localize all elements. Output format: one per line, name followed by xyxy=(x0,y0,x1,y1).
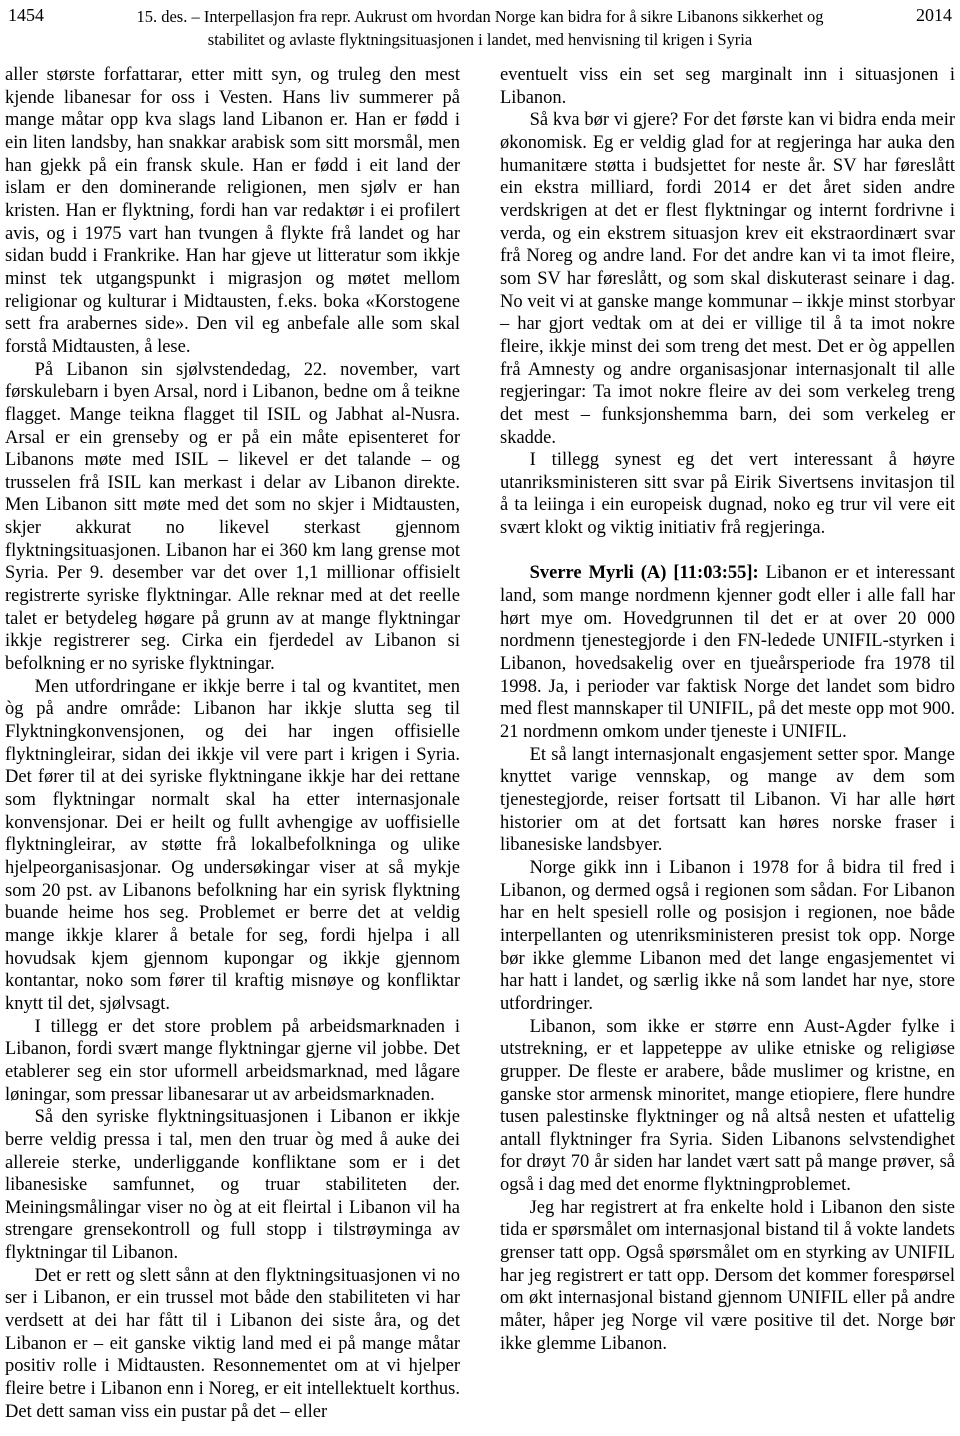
speaker-name: Sverre Myrli (A) [11:03:55]: xyxy=(530,563,766,583)
text-columns: aller største forfattarar, etter mitt sy… xyxy=(0,64,960,1423)
paragraph: Så den syriske flyktningsituasjonen i Li… xyxy=(5,1106,460,1265)
speech-paragraph: Sverre Myrli (A) [11:03:55]: Libanon er … xyxy=(500,562,955,743)
paragraph: På Libanon sin sjølvstendedag, 22. novem… xyxy=(5,359,460,676)
paragraph: Men utfordringane er ikkje berre i tal o… xyxy=(5,676,460,1016)
paragraph: Libanon, som ikke er større enn Aust-Agd… xyxy=(500,1016,955,1197)
running-title-line2: stabilitet og avlaste flyktningsituasjon… xyxy=(90,28,870,51)
text-column-right: eventuelt viss ein set seg marginalt inn… xyxy=(500,64,955,1423)
paragraph: eventuelt viss ein set seg marginalt inn… xyxy=(500,64,955,109)
paragraph: I tillegg synest eg det vert interessant… xyxy=(500,449,955,540)
text-column-left: aller største forfattarar, etter mitt sy… xyxy=(5,64,460,1423)
year-label: 2014 xyxy=(872,5,952,26)
page-header: 1454 15. des. – Interpellasjon fra repr.… xyxy=(0,0,960,51)
running-title-line1: 15. des. – Interpellasjon fra repr. Aukr… xyxy=(90,5,870,28)
paragraph: Jeg har registrert at fra enkelte hold i… xyxy=(500,1197,955,1356)
document-page: 1454 15. des. – Interpellasjon fra repr.… xyxy=(0,0,960,1436)
paragraph: aller største forfattarar, etter mitt sy… xyxy=(5,64,460,359)
paragraph: Så kva bør vi gjere? For det første kan … xyxy=(500,109,955,449)
paragraph: Norge gikk inn i Libanon i 1978 for å bi… xyxy=(500,857,955,1016)
paragraph: Det er rett og slett sånn at den flyktni… xyxy=(5,1265,460,1424)
running-title: 15. des. – Interpellasjon fra repr. Aukr… xyxy=(90,5,870,51)
page-number: 1454 xyxy=(8,5,88,26)
paragraph: I tillegg er det store problem på arbeid… xyxy=(5,1016,460,1107)
paragraph: Et så langt internasjonalt engasjement s… xyxy=(500,744,955,857)
